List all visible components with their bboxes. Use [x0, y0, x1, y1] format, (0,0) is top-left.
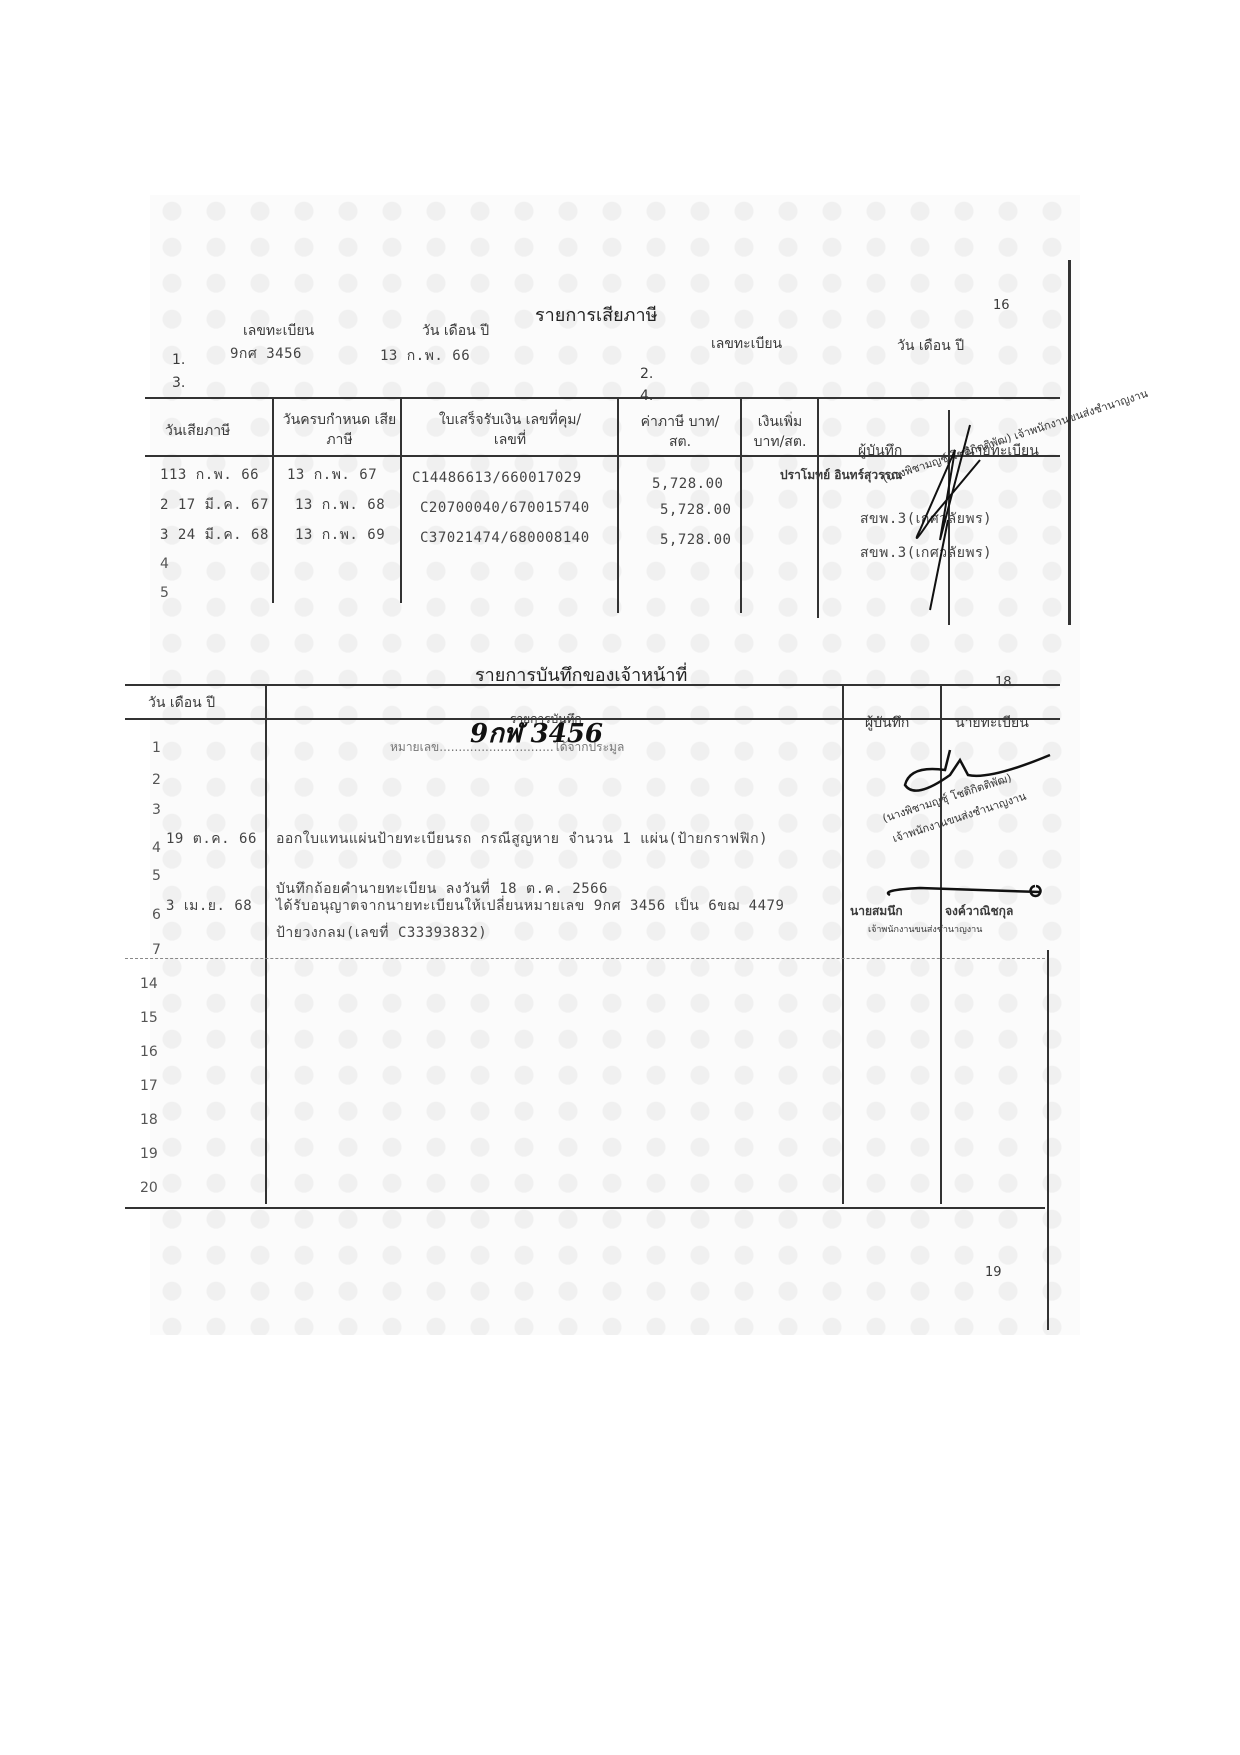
tax-row-4-number: 4 — [160, 556, 169, 572]
officer-row-number: 6 — [152, 907, 161, 923]
tax-row-3-due-date: 13 ก.พ. 69 — [295, 524, 385, 546]
col-header-recorder: ผู้บันทึก — [865, 712, 909, 734]
plate-index-4: 4. — [640, 388, 653, 404]
signature-scribble-icon — [900, 420, 1000, 620]
tax-row-1-receipt: C14486613/660017029 — [412, 470, 582, 486]
officer-row-number: 5 — [152, 868, 161, 884]
sheet-right-edge — [1068, 260, 1071, 625]
officer-row-number: 4 — [152, 840, 161, 856]
col-divider — [842, 684, 844, 1204]
col-header-due-date: วันครบกำหนด เสียภาษี — [282, 410, 397, 450]
tax-section-title: รายการเสียภาษี — [535, 300, 658, 329]
tax-row-1-paid-date: 113 ก.พ. 66 — [160, 464, 259, 486]
col-header-tax: ค่าภาษี บาท/สต. — [640, 412, 720, 452]
tax-row-1-tax: 5,728.00 — [652, 476, 723, 492]
tax-row-3-tax: 5,728.00 — [660, 532, 731, 548]
lower-table-bottom-border — [125, 1207, 1045, 1209]
registration-header-left: เลขทะเบียน — [243, 320, 314, 342]
sheet-right-edge-lower — [1047, 950, 1049, 1330]
col-header-recorder: ผู้บันทึก — [858, 440, 902, 462]
lower-row-number: 16 — [140, 1044, 158, 1060]
officer-row-number: 3 — [152, 802, 161, 818]
lower-row-number: 20 — [140, 1180, 158, 1196]
entry-text-4: ป้ายวงกลม(เลขที่ C33393832) — [276, 922, 487, 944]
tax-row-2-receipt: C20700040/670015740 — [420, 500, 590, 516]
plate-index-2: 2. — [640, 366, 653, 382]
entry-date-3: 3 เม.ย. 68 — [166, 895, 252, 917]
tax-row-5-number: 5 — [160, 585, 169, 601]
handwritten-plate-number: 9กฬ 3456 — [470, 713, 603, 754]
plate-registration-1: 9กศ 3456 — [230, 343, 302, 365]
tax-table-top-border — [145, 397, 1060, 399]
col-divider — [400, 398, 402, 603]
col-divider — [272, 398, 274, 603]
col-header-date: วัน เดือน ปี — [148, 692, 215, 714]
lower-row-number: 14 — [140, 976, 158, 992]
page-number-18: 18 — [995, 675, 1012, 690]
plate-date-1: 13 ก.พ. 66 — [380, 345, 470, 367]
tax-row-3-receipt: C37021474/680008140 — [420, 530, 590, 546]
entry-text-3: ได้รับอนุญาตจากนายทะเบียนให้เปลี่ยนหมายเ… — [276, 895, 784, 917]
tax-row-2-paid-date: 2 17 มี.ค. 67 — [160, 494, 269, 516]
fold-line — [125, 958, 1045, 959]
lower-row-number: 15 — [140, 1010, 158, 1026]
recorder-title: เจ้าพนักงานขนส่งชำนาญงาน — [868, 922, 982, 936]
col-header-surcharge: เงินเพิ่ม บาท/สต. — [745, 412, 815, 452]
entry-date-1: 19 ต.ค. 66 — [166, 828, 257, 850]
recorder-signature-icon — [880, 880, 1050, 910]
plate-index-3: 3. — [172, 375, 185, 391]
tax-row-2-tax: 5,728.00 — [660, 502, 731, 518]
registration-header-right: เลขทะเบียน — [711, 333, 782, 355]
col-header-registrar: นายทะเบียน — [955, 712, 1029, 734]
tax-row-3-paid-date: 3 24 มี.ค. 68 — [160, 524, 269, 546]
page-number-19: 19 — [985, 1265, 1002, 1280]
lower-row-number: 18 — [140, 1112, 158, 1128]
col-header-receipt: ใบเสร็จรับเงิน เลขที่คุม/เลขที่ — [430, 410, 590, 450]
tax-row-1-due-date: 13 ก.พ. 67 — [287, 464, 377, 486]
col-divider — [740, 398, 742, 613]
tax-row-2-due-date: 13 ก.พ. 68 — [295, 494, 385, 516]
col-divider — [617, 398, 619, 613]
lower-row-number: 17 — [140, 1078, 158, 1094]
registrar-signature-icon — [890, 745, 1060, 805]
col-header-paid-date: วันเสียภาษี — [165, 420, 230, 442]
col-divider — [817, 398, 819, 618]
entry-text-1: ออกใบแทนแผ่นป้ายทะเบียนรถ กรณีสูญหาย จำน… — [276, 828, 768, 850]
officer-row-number: 7 — [152, 942, 161, 958]
page-number-16: 16 — [993, 298, 1010, 313]
date-header-right: วัน เดือน ปี — [897, 335, 964, 357]
plate-index-1: 1. — [172, 352, 185, 368]
officer-row-number: 1 — [152, 740, 161, 756]
col-divider — [265, 684, 267, 1204]
lower-row-number: 19 — [140, 1146, 158, 1162]
date-header-left: วัน เดือน ปี — [422, 320, 489, 342]
officer-row-number: 2 — [152, 772, 161, 788]
